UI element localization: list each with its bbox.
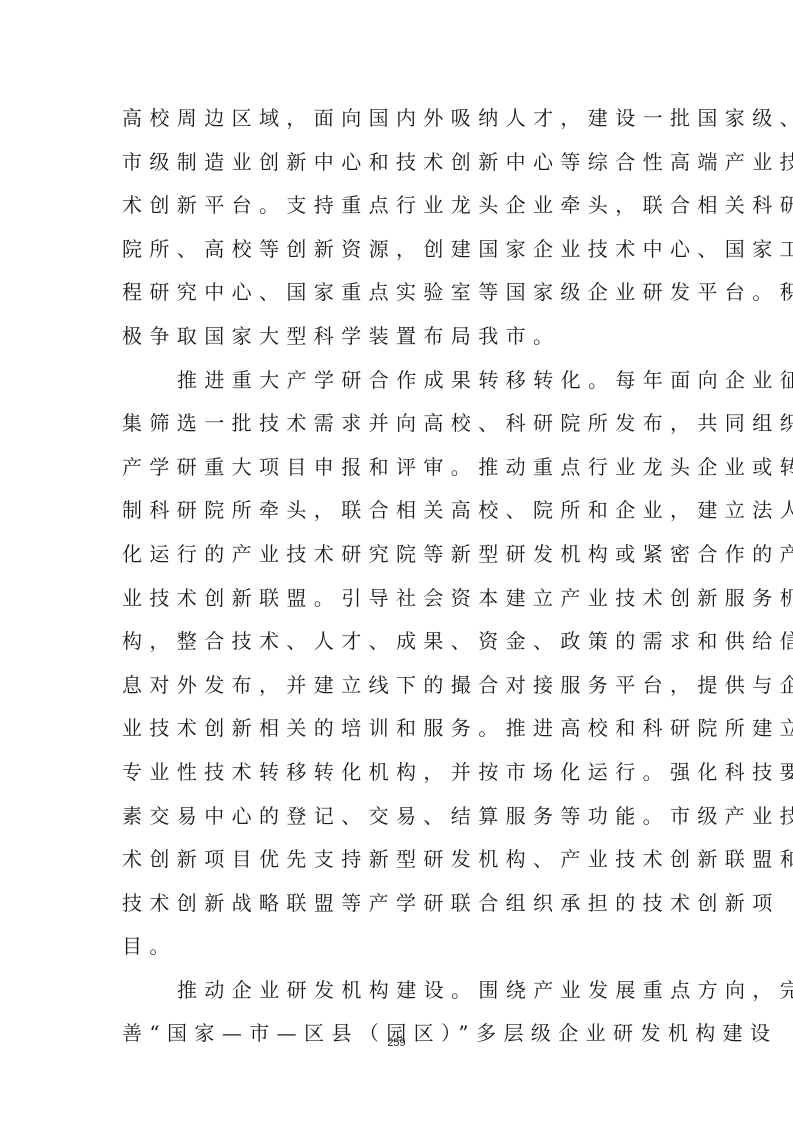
text-line: 极争取国家大型科学装置布局我市。 <box>122 315 678 359</box>
text-line: 息对外发布，并建立线下的撮合对接服务平台，提供与企 <box>122 664 678 708</box>
text-line: 善“国家—市—区县（园区）”多层级企业研发机构建设 <box>122 1012 678 1056</box>
text-line: 目。 <box>122 925 678 969</box>
text-line: 术创新平台。支持重点行业龙头企业牵头，联合相关科研 <box>122 184 678 228</box>
text-line: 素交易中心的登记、交易、结算服务等功能。市级产业技 <box>122 795 678 839</box>
text-line: 专业性技术转移转化机构，并按市场化运行。强化科技要 <box>122 751 678 795</box>
text-line: 制科研院所牵头，联合相关高校、院所和企业，建立法人 <box>122 489 678 533</box>
text-line: 高校周边区域，面向国内外吸纳人才，建设一批国家级、 <box>122 97 678 141</box>
text-line: 业技术创新相关的培训和服务。推进高校和科研院所建立 <box>122 707 678 751</box>
text-line: 推进重大产学研合作成果转移转化。每年面向企业征 <box>122 359 678 403</box>
text-line: 程研究中心、国家重点实验室等国家级企业研发平台。积 <box>122 271 678 315</box>
text-line: 构，整合技术、人才、成果、资金、政策的需求和供给信 <box>122 620 678 664</box>
text-line: 集筛选一批技术需求并向高校、科研院所发布，共同组织 <box>122 402 678 446</box>
document-page: 高校周边区域，面向国内外吸纳人才，建设一批国家级、 市级制造业创新中心和技术创新… <box>0 0 793 1122</box>
text-line: 术创新项目优先支持新型研发机构、产业技术创新联盟和 <box>122 838 678 882</box>
text-line: 市级制造业创新中心和技术创新中心等综合性高端产业技 <box>122 141 678 185</box>
text-line: 推动企业研发机构建设。围绕产业发展重点方向，完 <box>122 969 678 1013</box>
text-line: 技术创新战略联盟等产学研联合组织承担的技术创新项 <box>122 882 678 926</box>
text-line: 化运行的产业技术研究院等新型研发机构或紧密合作的产 <box>122 533 678 577</box>
paragraph-2: 推进重大产学研合作成果转移转化。每年面向企业征 集筛选一批技术需求并向高校、科研… <box>122 359 678 969</box>
text-line: 业技术创新联盟。引导社会资本建立产业技术创新服务机 <box>122 577 678 621</box>
body-text: 高校周边区域，面向国内外吸纳人才，建设一批国家级、 市级制造业创新中心和技术创新… <box>122 97 678 1056</box>
text-line: 产学研重大项目申报和评审。推动重点行业龙头企业或转 <box>122 446 678 490</box>
text-line: 院所、高校等创新资源，创建国家企业技术中心、国家工 <box>122 228 678 272</box>
paragraph-1: 高校周边区域，面向国内外吸纳人才，建设一批国家级、 市级制造业创新中心和技术创新… <box>122 97 678 359</box>
page-number: 259 <box>0 1037 793 1049</box>
